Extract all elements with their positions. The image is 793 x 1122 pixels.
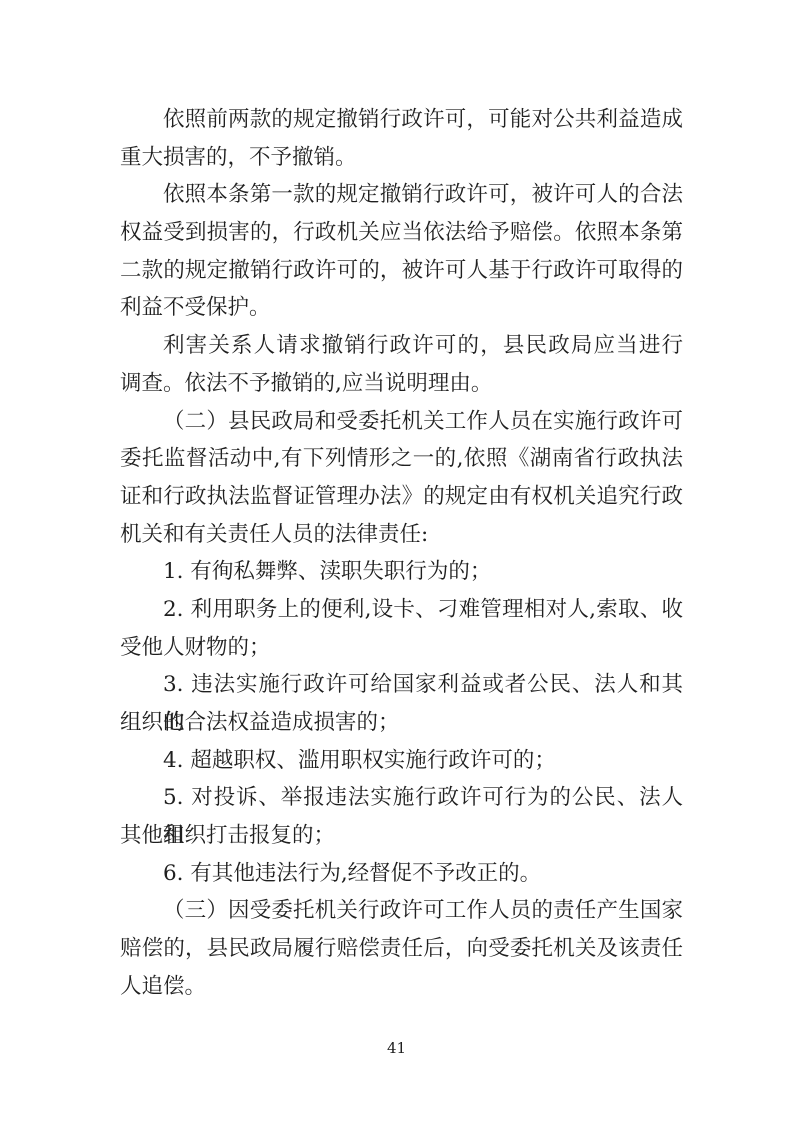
text-line: 利益不受保护。 <box>120 289 683 327</box>
text-line: 依照前两款的规定撤销行政许可，可能对公共利益造成 <box>120 101 683 139</box>
document-body: 依照前两款的规定撤销行政许可，可能对公共利益造成重大损害的，不予撤销。依照本条第… <box>120 101 683 1006</box>
text-line: 其他组织打击报复的； <box>120 817 683 855</box>
text-line: 证和行政执法监督证管理办法》的规定由有权机关追究行政 <box>120 478 683 516</box>
text-line: 权益受到损害的，行政机关应当依法给予赔偿。依照本条第 <box>120 214 683 252</box>
text-line: 3. 违法实施行政许可给国家利益或者公民、法人和其他 <box>120 666 683 704</box>
text-line: 二款的规定撤销行政许可的，被许可人基于行政许可取得的 <box>120 252 683 290</box>
text-line: 赔偿的，县民政局履行赔偿责任后，向受委托机关及该责任 <box>120 930 683 968</box>
paragraph: 3. 违法实施行政许可给国家利益或者公民、法人和其他组织的合法权益造成损害的； <box>120 666 683 741</box>
paragraph: 5. 对投诉、举报违法实施行政许可行为的公民、法人和其他组织打击报复的； <box>120 779 683 854</box>
paragraph: 2. 利用职务上的便利,设卡、刁难管理相对人,索取、收受他人财物的； <box>120 591 683 666</box>
text-line: 利害关系人请求撤销行政许可的，县民政局应当进行 <box>120 327 683 365</box>
text-line: 受他人财物的； <box>120 629 683 667</box>
text-line: 1. 有徇私舞弊、渎职失职行为的； <box>120 553 683 591</box>
text-line: （三）因受委托机关行政许可工作人员的责任产生国家 <box>120 892 683 930</box>
text-line: 调查。依法不予撤销的,应当说明理由。 <box>120 365 683 403</box>
text-line: 依照本条第一款的规定撤销行政许可，被许可人的合法 <box>120 176 683 214</box>
text-line: 4. 超越职权、滥用职权实施行政许可的； <box>120 742 683 780</box>
page-number: 41 <box>0 1040 793 1056</box>
text-line: 人追偿。 <box>120 968 683 1006</box>
paragraph: 依照本条第一款的规定撤销行政许可，被许可人的合法权益受到损害的，行政机关应当依法… <box>120 176 683 327</box>
paragraph: （二）县民政局和受委托机关工作人员在实施行政许可委托监督活动中,有下列情形之一的… <box>120 403 683 554</box>
paragraph: 4. 超越职权、滥用职权实施行政许可的； <box>120 742 683 780</box>
text-line: 重大损害的，不予撤销。 <box>120 139 683 177</box>
text-line: 2. 利用职务上的便利,设卡、刁难管理相对人,索取、收 <box>120 591 683 629</box>
text-line: 机关和有关责任人员的法律责任: <box>120 516 683 554</box>
text-line: 组织的合法权益造成损害的； <box>120 704 683 742</box>
paragraph: 1. 有徇私舞弊、渎职失职行为的； <box>120 553 683 591</box>
paragraph: 6. 有其他违法行为,经督促不予改正的。 <box>120 855 683 893</box>
document-page: 依照前两款的规定撤销行政许可，可能对公共利益造成重大损害的，不予撤销。依照本条第… <box>0 0 793 1122</box>
text-line: 6. 有其他违法行为,经督促不予改正的。 <box>120 855 683 893</box>
paragraph: 依照前两款的规定撤销行政许可，可能对公共利益造成重大损害的，不予撤销。 <box>120 101 683 176</box>
text-line: 5. 对投诉、举报违法实施行政许可行为的公民、法人和 <box>120 779 683 817</box>
paragraph: （三）因受委托机关行政许可工作人员的责任产生国家赔偿的，县民政局履行赔偿责任后，… <box>120 892 683 1005</box>
paragraph: 利害关系人请求撤销行政许可的，县民政局应当进行调查。依法不予撤销的,应当说明理由… <box>120 327 683 402</box>
text-line: （二）县民政局和受委托机关工作人员在实施行政许可 <box>120 403 683 441</box>
text-line: 委托监督活动中,有下列情形之一的,依照《湖南省行政执法 <box>120 440 683 478</box>
